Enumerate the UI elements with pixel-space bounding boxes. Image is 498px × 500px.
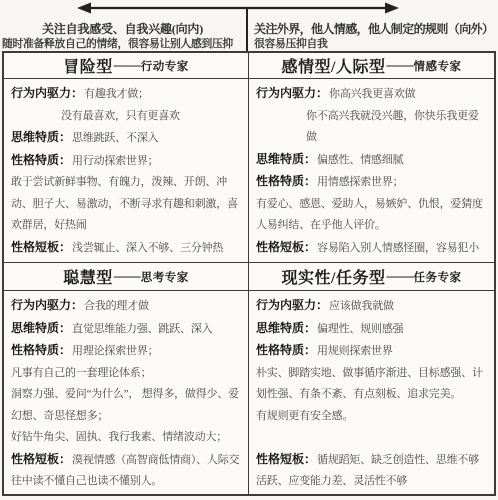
trait-line: 敢于尝试新鲜事物、有魄力，泼辣、开朗、冲动、胆子大、易激动，不断寻求有趣和刺激，… [11, 172, 242, 237]
trait-label: 行为内驱力： [256, 298, 328, 312]
trait-label: 性格特质： [256, 343, 316, 357]
trait-line: 性格短板：浅尝辄止、深入不够、三分钟热度。 [11, 237, 242, 264]
axis-label-outward-title: 关注外界，他人情感，他人制定的规则（向外） [254, 21, 498, 37]
quadrant-title: 聪慧型 [63, 265, 113, 288]
trait-text: 有爱心、感恩、爱助人，易嫉妒、仇恨，爱猜度人易纠结、在乎他人评价。 [256, 198, 483, 232]
trait-line [256, 427, 488, 449]
quadrant-table: 冒险型——行动专家 感情型/人际型——情感专家 行为内驱力：有趣我才做；没有最喜… [2, 51, 496, 496]
trait-text: 偏理性、规则感强 [317, 323, 403, 335]
axis-label-inward-title: 关注自我感受、自我兴趣(向内) [0, 21, 245, 37]
trait-text: 直觉思维能力强、跳跃、深入 [72, 323, 212, 335]
trait-line: 性格特质：用理论探索世界； [11, 340, 242, 363]
axis-label-outward: 关注外界，他人情感，他人制定的规则（向外） 很容易压抑自我 [254, 21, 498, 52]
trait-label: 思维特质： [11, 321, 71, 335]
quadrant-title-suffix: 思考专家 [141, 269, 189, 285]
title-dash: —— [386, 58, 412, 74]
axis-label-inward: 关注自我感受、自我兴趣(向内) 随时准备释放自己的情绪，很容易让别人感到压抑 [0, 21, 245, 52]
quadrant-title-suffix: 行动专家 [141, 58, 189, 74]
trait-text: 应该做我就做 [329, 300, 394, 312]
trait-line: 行为内驱力：应该做我就做 [256, 295, 488, 318]
trait-label: 行为内驱力： [256, 86, 328, 100]
quadrant-content-emotional: 行为内驱力：你高兴我更喜欢做你不高兴我就没兴趣，你快乐我更爱做思维特质：偏感性、… [249, 79, 494, 263]
title-dash: —— [386, 269, 412, 285]
trait-line: 行为内驱力：合我的理才做 [11, 295, 242, 318]
trait-line: 性格短板：漠视情感（高智商低情商）、人际交往中读不懂自己也读不懂别人。 [11, 449, 242, 493]
trait-text: 凡事有自己的一套理论体系； [11, 367, 151, 379]
trait-line: 凡事有自己的一套理论体系； [11, 363, 242, 385]
quadrant-header-emotional: 感情型/人际型——情感专家 [249, 53, 494, 79]
title-dash: —— [114, 58, 140, 74]
trait-line: 性格短板：容易陷入别人情感怪圈，容易犯小心眼 [256, 237, 488, 264]
trait-text: 用规则探索世界 [317, 345, 393, 357]
trait-label: 思维特质： [256, 321, 316, 335]
trait-text: 思维跳跃、不深入 [72, 132, 158, 144]
quadrant-content-adventurer: 行为内驱力：有趣我才做；没有最喜欢，只有更喜欢思维特质：思维跳跃、不深入性格特质… [4, 79, 249, 263]
trait-line: 有爱心、感恩、爱助人，易嫉妒、仇恨，爱猜度人易纠结、在乎他人评价。 [256, 194, 488, 237]
quadrant-title-suffix: 情感专家 [413, 58, 461, 74]
trait-line: 洞察力强、爱问“为什么”， 想得多，做得少、爱幻想、奇思怪想多； [11, 384, 242, 427]
quadrant-header-intellectual: 聪慧型——思考专家 [4, 263, 249, 291]
quadrant-content-intellectual: 行为内驱力：合我的理才做思维特质：直觉思维能力强、跳跃、深入性格特质：用理论探索… [4, 291, 249, 494]
trait-text: 合我的理才做 [84, 300, 149, 312]
trait-text: 你高兴我更喜欢做 [329, 88, 415, 100]
trait-text: 敢于尝试新鲜事物、有魄力，泼辣、开朗、冲动、胆子大、易激动，不断寻求有趣和刺激，… [11, 176, 238, 231]
trait-label: 性格短板： [256, 452, 316, 466]
trait-label: 行为内驱力： [11, 86, 83, 100]
trait-text: 有趣我才做； [84, 88, 149, 100]
trait-label: 性格短板： [11, 240, 71, 254]
trait-label: 性格短板： [11, 452, 71, 466]
trait-line: 朴实、脚踏实地、做事循序渐进、目标感强、计划性强、有条不紊、有点刻板、追求完美。 [256, 363, 488, 406]
trait-line: 思维特质：偏感性、情感细腻 [256, 149, 488, 172]
trait-line: 好钻牛角尖、固执、我行我素、情绪波动大； [11, 427, 242, 449]
trait-text: 有规则更有安全感。 [256, 410, 353, 422]
trait-line: 性格特质：用规则探索世界 [256, 340, 488, 363]
trait-text: 你不高兴我就没兴趣，你快乐我更爱做 [306, 110, 479, 144]
trait-line: 思维特质：偏理性、规则感强 [256, 318, 488, 341]
trait-label: 行为内驱力： [11, 298, 83, 312]
personality-quadrant-document: 关注自我感受、自我兴趣(向内) 随时准备释放自己的情绪，很容易让别人感到压抑 关… [0, 0, 498, 500]
trait-line: 性格特质：用行动探索世界； [11, 150, 242, 173]
trait-label: 性格特质： [11, 343, 71, 357]
trait-label: 性格短板： [256, 240, 316, 254]
trait-line: 思维特质：思维跳跃、不深入 [11, 127, 242, 150]
title-dash: —— [114, 269, 140, 285]
trait-line: 没有最喜欢，只有更喜欢 [11, 106, 242, 128]
trait-line: 性格短板：循规蹈矩、缺乏创造性、思维不够活跃、应变能力差、灵活性不够 [256, 449, 488, 493]
quadrant-title: 感情型/人际型 [282, 54, 386, 77]
axis-label-outward-subtitle: 很容易压抑自我 [254, 37, 498, 52]
trait-line: 你不高兴我就没兴趣，你快乐我更爱做 [256, 106, 488, 149]
trait-text: 用理论探索世界； [72, 345, 158, 357]
trait-line: 思维特质：直觉思维能力强、跳跃、深入 [11, 318, 242, 341]
trait-line: 行为内驱力：有趣我才做； [11, 83, 242, 106]
trait-text: 用行动探索世界； [72, 155, 158, 167]
trait-line: 性格特质：用情感探索世界； [256, 171, 488, 194]
quadrant-content-realistic: 行为内驱力：应该做我就做思维特质：偏理性、规则感强性格特质：用规则探索世界朴实、… [249, 291, 494, 494]
trait-label: 性格特质： [256, 174, 316, 188]
trait-label: 思维特质： [11, 130, 71, 144]
trait-text: 偏感性、情感细腻 [317, 154, 403, 166]
quadrant-title: 冒险型 [63, 54, 113, 77]
trait-text: 用情感探索世界； [317, 176, 403, 188]
trait-line: 行为内驱力：你高兴我更喜欢做 [256, 83, 488, 106]
trait-label: 思维特质： [256, 152, 316, 166]
trait-line: 有规则更有安全感。 [256, 406, 488, 428]
quadrant-title-suffix: 任务专家 [413, 269, 461, 285]
trait-text: 好钻牛角尖、固执、我行我素、情绪波动大； [11, 431, 227, 443]
axis-label-inward-subtitle: 随时准备释放自己的情绪，很容易让别人感到压抑 [0, 37, 245, 52]
quadrant-header-realistic: 现实性/任务型——任务专家 [249, 263, 494, 291]
quadrant-title: 现实性/任务型 [282, 265, 386, 288]
trait-text: 没有最喜欢，只有更喜欢 [61, 110, 180, 122]
trait-text: 朴实、脚踏实地、做事循序渐进、目标感强、计划性强、有条不紊、有点刻板、追求完美。 [256, 367, 483, 401]
trait-text: 洞察力强、爱问“为什么”， 想得多，做得少、爱幻想、奇思怪想多； [11, 388, 239, 422]
trait-label: 性格特质： [11, 153, 71, 167]
quadrant-header-adventurer: 冒险型——行动专家 [4, 53, 249, 79]
